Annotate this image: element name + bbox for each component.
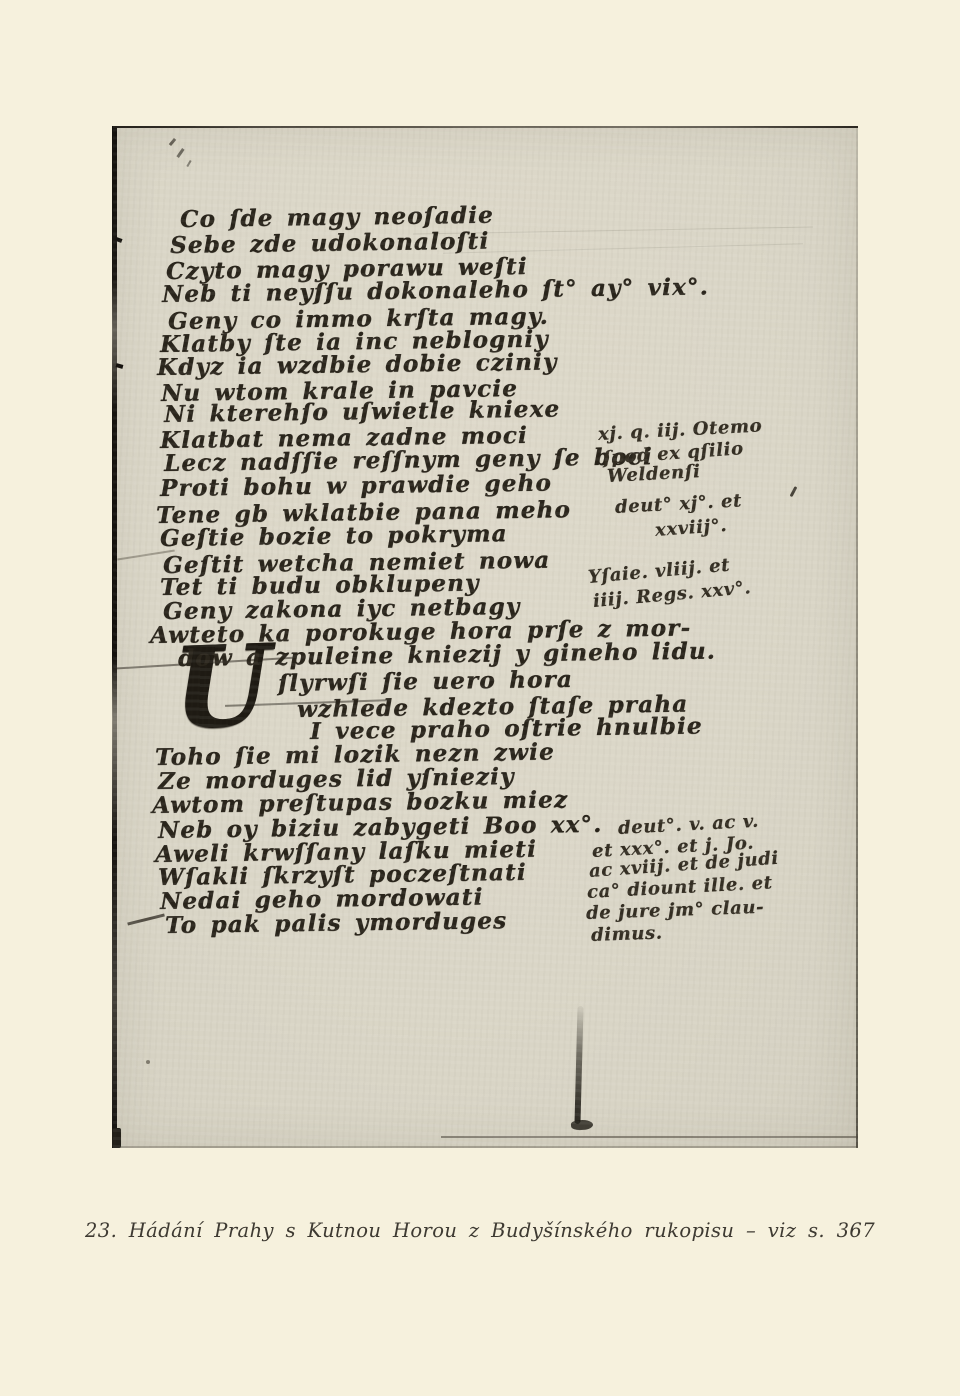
ink-speck	[176, 148, 184, 158]
photo-top-edge	[113, 126, 858, 128]
book-page: U Co ſde magy neoſadie Sebe zde udokonal…	[0, 0, 960, 1396]
photo-left-edge	[112, 126, 117, 1148]
manuscript-photo: U Co ſde magy neoſadie Sebe zde udokonal…	[113, 126, 858, 1148]
photo-bottom-edge-line	[441, 1136, 858, 1138]
ink-dash	[127, 913, 164, 925]
ink-dot	[146, 1060, 150, 1064]
crease-mark-foot	[571, 1119, 594, 1131]
figure-caption: 23. Hádání Prahy s Kutnou Horou z Budyší…	[0, 1219, 960, 1242]
photo-right-edge	[856, 126, 858, 1148]
manuscript-line: To pak palis ymorduges	[165, 907, 508, 939]
manuscript-margin-note: xxviij°.	[654, 515, 727, 541]
ink-speck	[186, 160, 191, 167]
ink-speck	[169, 138, 176, 146]
manuscript-margin-note: dimus.	[591, 923, 663, 946]
photo-bottom-edge	[113, 1146, 858, 1148]
crease-mark	[574, 1006, 583, 1124]
ink-tick	[790, 486, 797, 497]
photo-corner-blemish	[112, 1128, 121, 1148]
manuscript-margin-note: Weldenſi	[606, 461, 701, 487]
manuscript-margin-note: deut° xj°. et	[614, 490, 742, 518]
scratch-mark	[443, 243, 803, 253]
